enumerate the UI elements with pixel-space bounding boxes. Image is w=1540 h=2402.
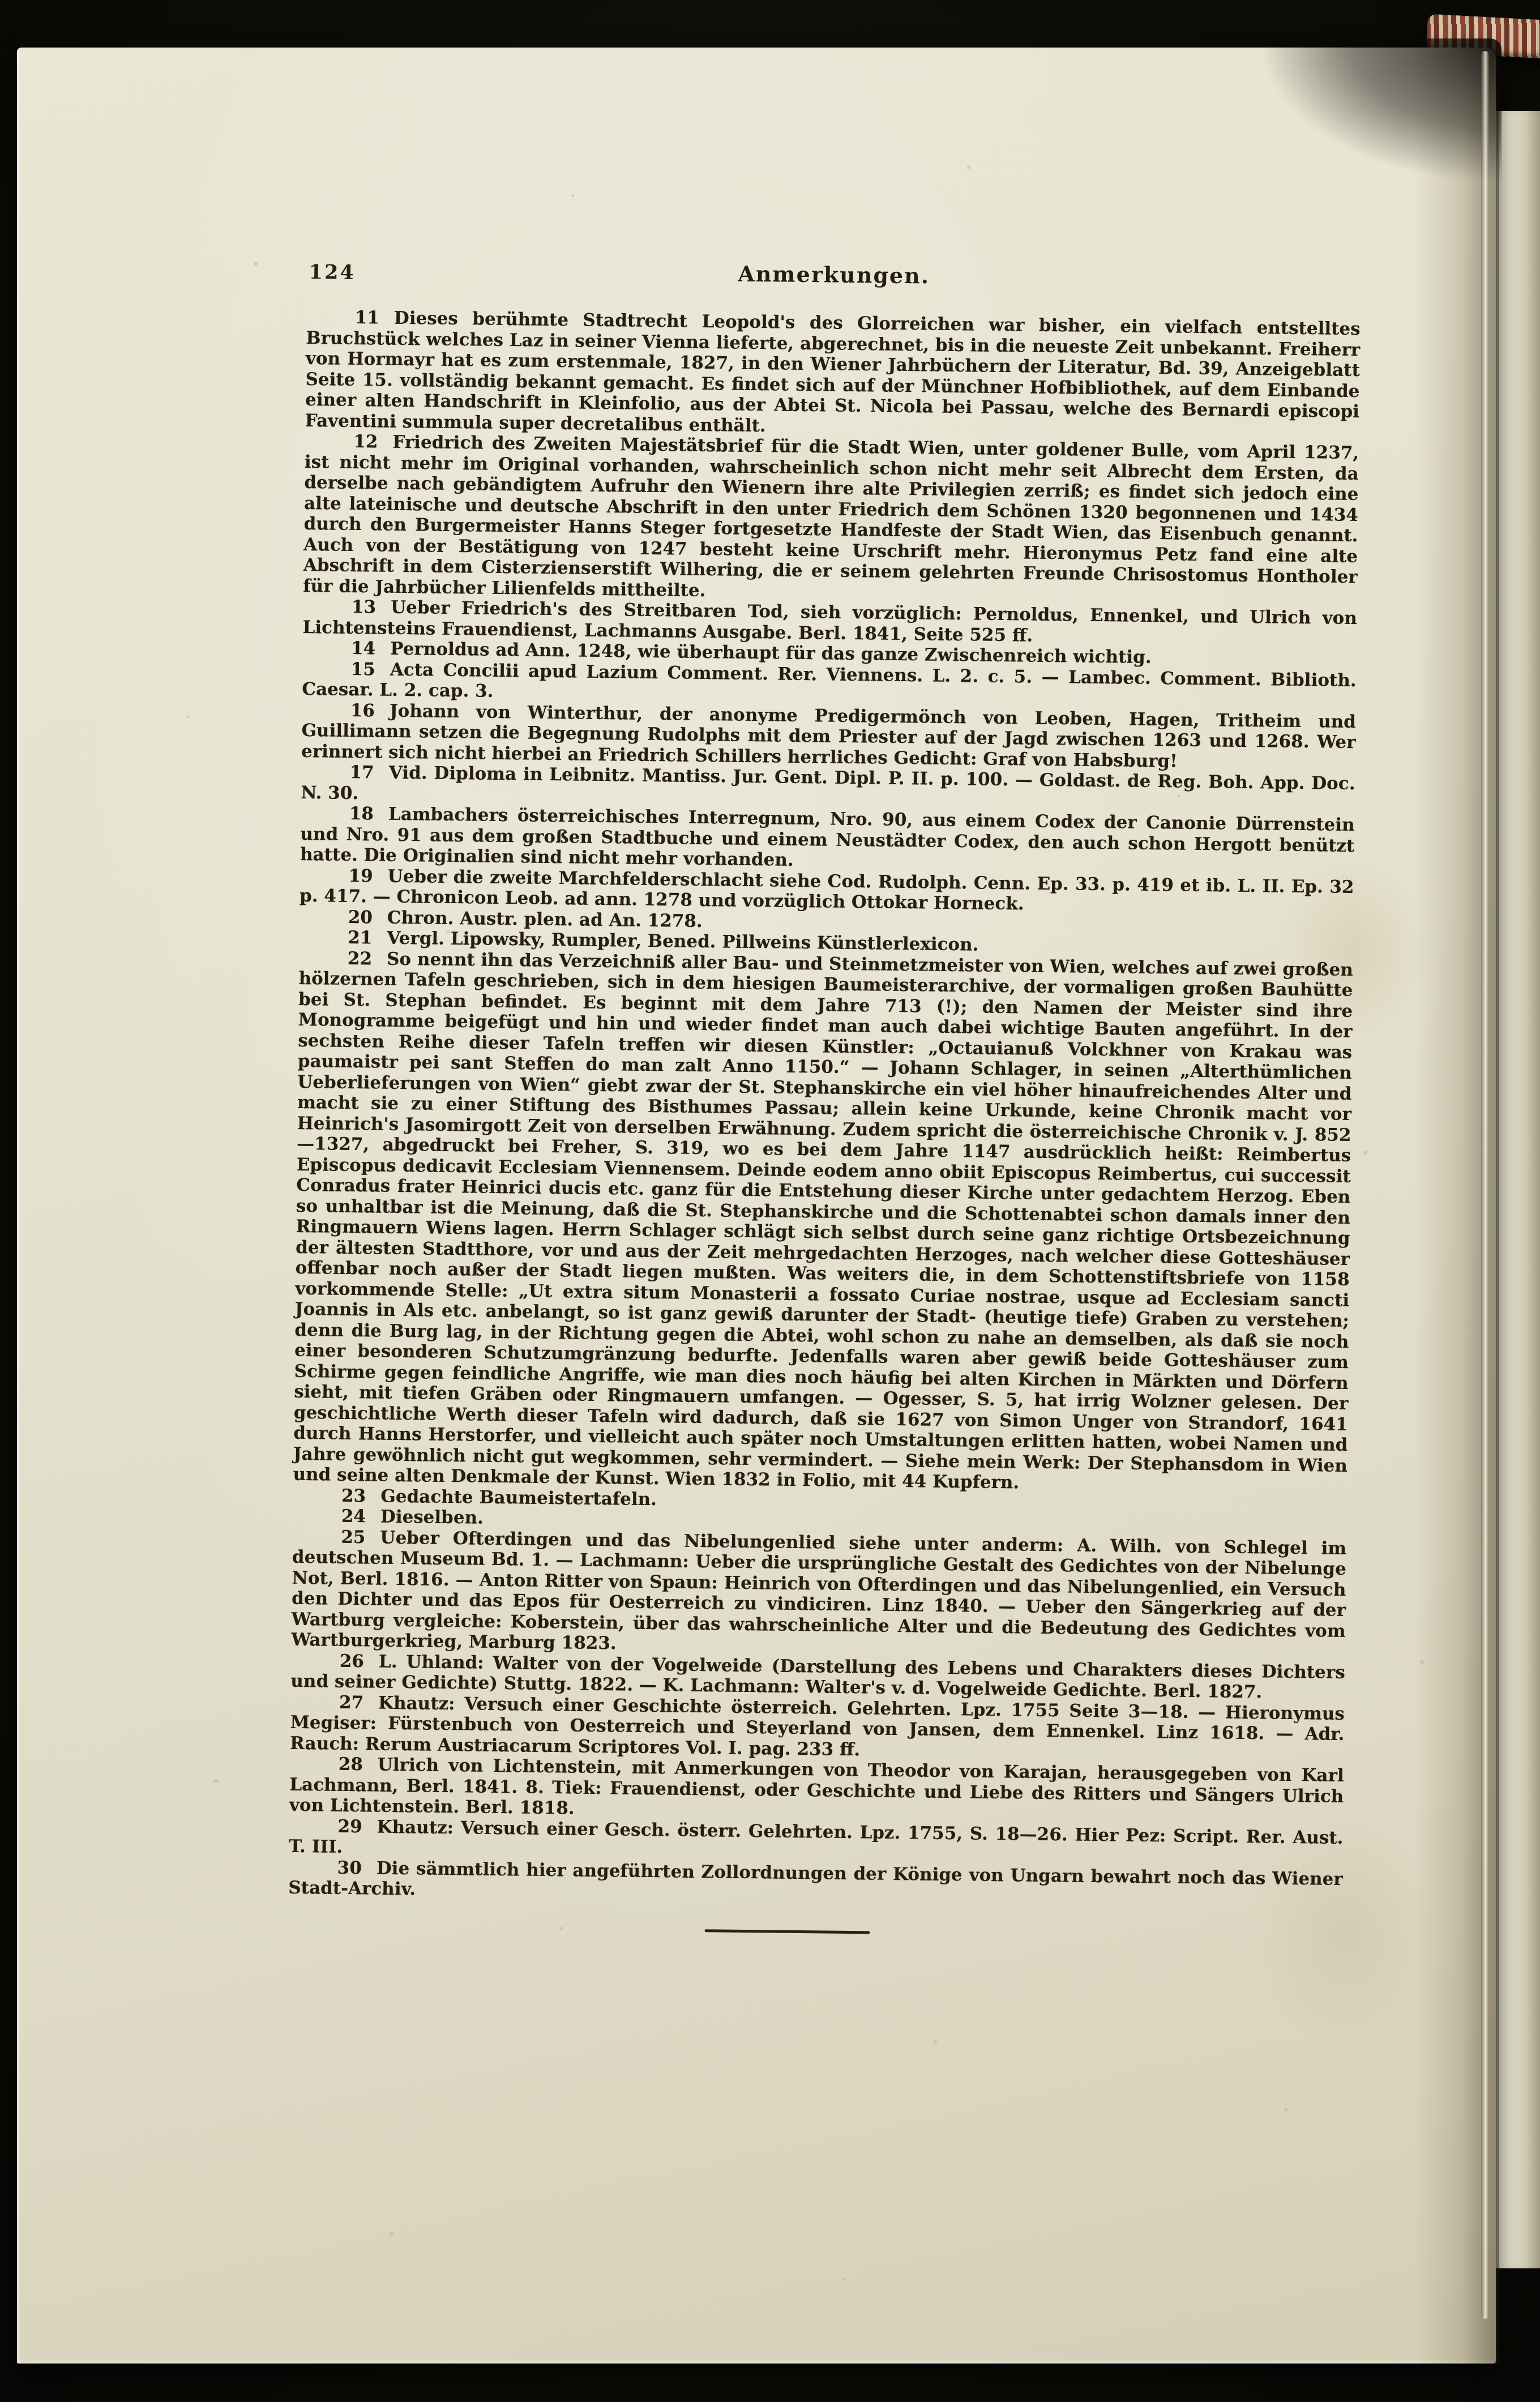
binding-corner-shadow (1264, 39, 1501, 180)
note-text: Chron. Austr. plen. ad An. 1278. (387, 907, 703, 931)
note-text: Lambachers österreichisches Interregnum,… (300, 804, 1355, 870)
note-number: 23 (341, 1485, 381, 1506)
notes-list: 11Dieses berühmte Stadtrecht Leopold's d… (288, 307, 1361, 1910)
fore-edge-next-page (1492, 111, 1540, 2268)
note-text: Dieselben. (380, 1507, 484, 1528)
gutter-crease (1481, 51, 1489, 2319)
page-content: 124 Anmerkungen. 11Dieses berühmte Stadt… (288, 256, 1361, 1939)
note-number: 20 (348, 907, 388, 928)
note-number: 17 (349, 762, 389, 783)
note-number: 25 (341, 1527, 380, 1548)
note-item: 25Ueber Ofterdingen und das Nibelungenli… (291, 1526, 1346, 1662)
note-number: 26 (340, 1651, 379, 1672)
page-number: 124 (309, 260, 356, 284)
note-number: 21 (348, 928, 387, 948)
note-text: Ueber Ofterdingen und das Nibelungenlied… (291, 1527, 1346, 1653)
note-text: Friedrich des Zweiten Majestätsbrief für… (303, 432, 1359, 601)
note-number: 15 (351, 659, 391, 679)
note-number: 27 (339, 1692, 379, 1713)
note-number: 28 (339, 1754, 378, 1775)
note-number: 29 (337, 1816, 377, 1837)
note-number: 13 (352, 597, 391, 618)
note-item: 28Ulrich von Lichtenstein, mit Anmerkung… (289, 1754, 1344, 1828)
note-number: 12 (353, 431, 393, 452)
note-item: 12Friedrich des Zweiten Majestätsbrief f… (303, 431, 1359, 608)
note-number: 18 (349, 803, 389, 824)
note-text: Johann von Winterthur, der anonyme Predi… (301, 700, 1356, 771)
paper-specks (17, 48, 19, 49)
book-page: 124 Anmerkungen. 11Dieses berühmte Stadt… (17, 48, 1496, 2363)
note-item: 18Lambachers österreichisches Interregnu… (300, 803, 1355, 877)
note-text: Dieses berühmte Stadtrecht Leopold's des… (305, 308, 1361, 436)
note-text: Khautz: Versuch einer Geschichte österre… (290, 1692, 1345, 1760)
note-number: 14 (351, 638, 391, 659)
note-number: 11 (355, 307, 395, 328)
note-number: 16 (350, 700, 390, 721)
note-text: Gedachte Baumeistertafeln. (380, 1486, 657, 1510)
note-item: 27Khautz: Versuch einer Geschichte öster… (290, 1691, 1345, 1766)
section-end-rule (704, 1929, 870, 1934)
note-item: 16Johann von Winterthur, der anonyme Pre… (301, 699, 1356, 773)
note-item: 11Dieses berühmte Stadtrecht Leopold's d… (305, 307, 1360, 443)
running-title: Anmerkungen. (306, 256, 1361, 293)
page-edge-bottom (17, 2359, 1496, 2363)
note-number: 22 (348, 948, 387, 969)
page-masthead: 124 Anmerkungen. (306, 256, 1361, 301)
book-photo: 124 Anmerkungen. 11Dieses berühmte Stadt… (0, 0, 1540, 2402)
note-number: 30 (337, 1857, 377, 1878)
note-number: 19 (348, 865, 388, 886)
note-text: Ulrich von Lichtenstein, mit Anmerkungen… (289, 1755, 1344, 1819)
note-item: 22So nennt ihn das Verzeichniß aller Bau… (293, 947, 1353, 1497)
page-edge-left (17, 48, 21, 2363)
note-text: So nennt ihn das Verzeichniß aller Bau- … (293, 948, 1353, 1493)
note-number: 24 (341, 1506, 381, 1527)
